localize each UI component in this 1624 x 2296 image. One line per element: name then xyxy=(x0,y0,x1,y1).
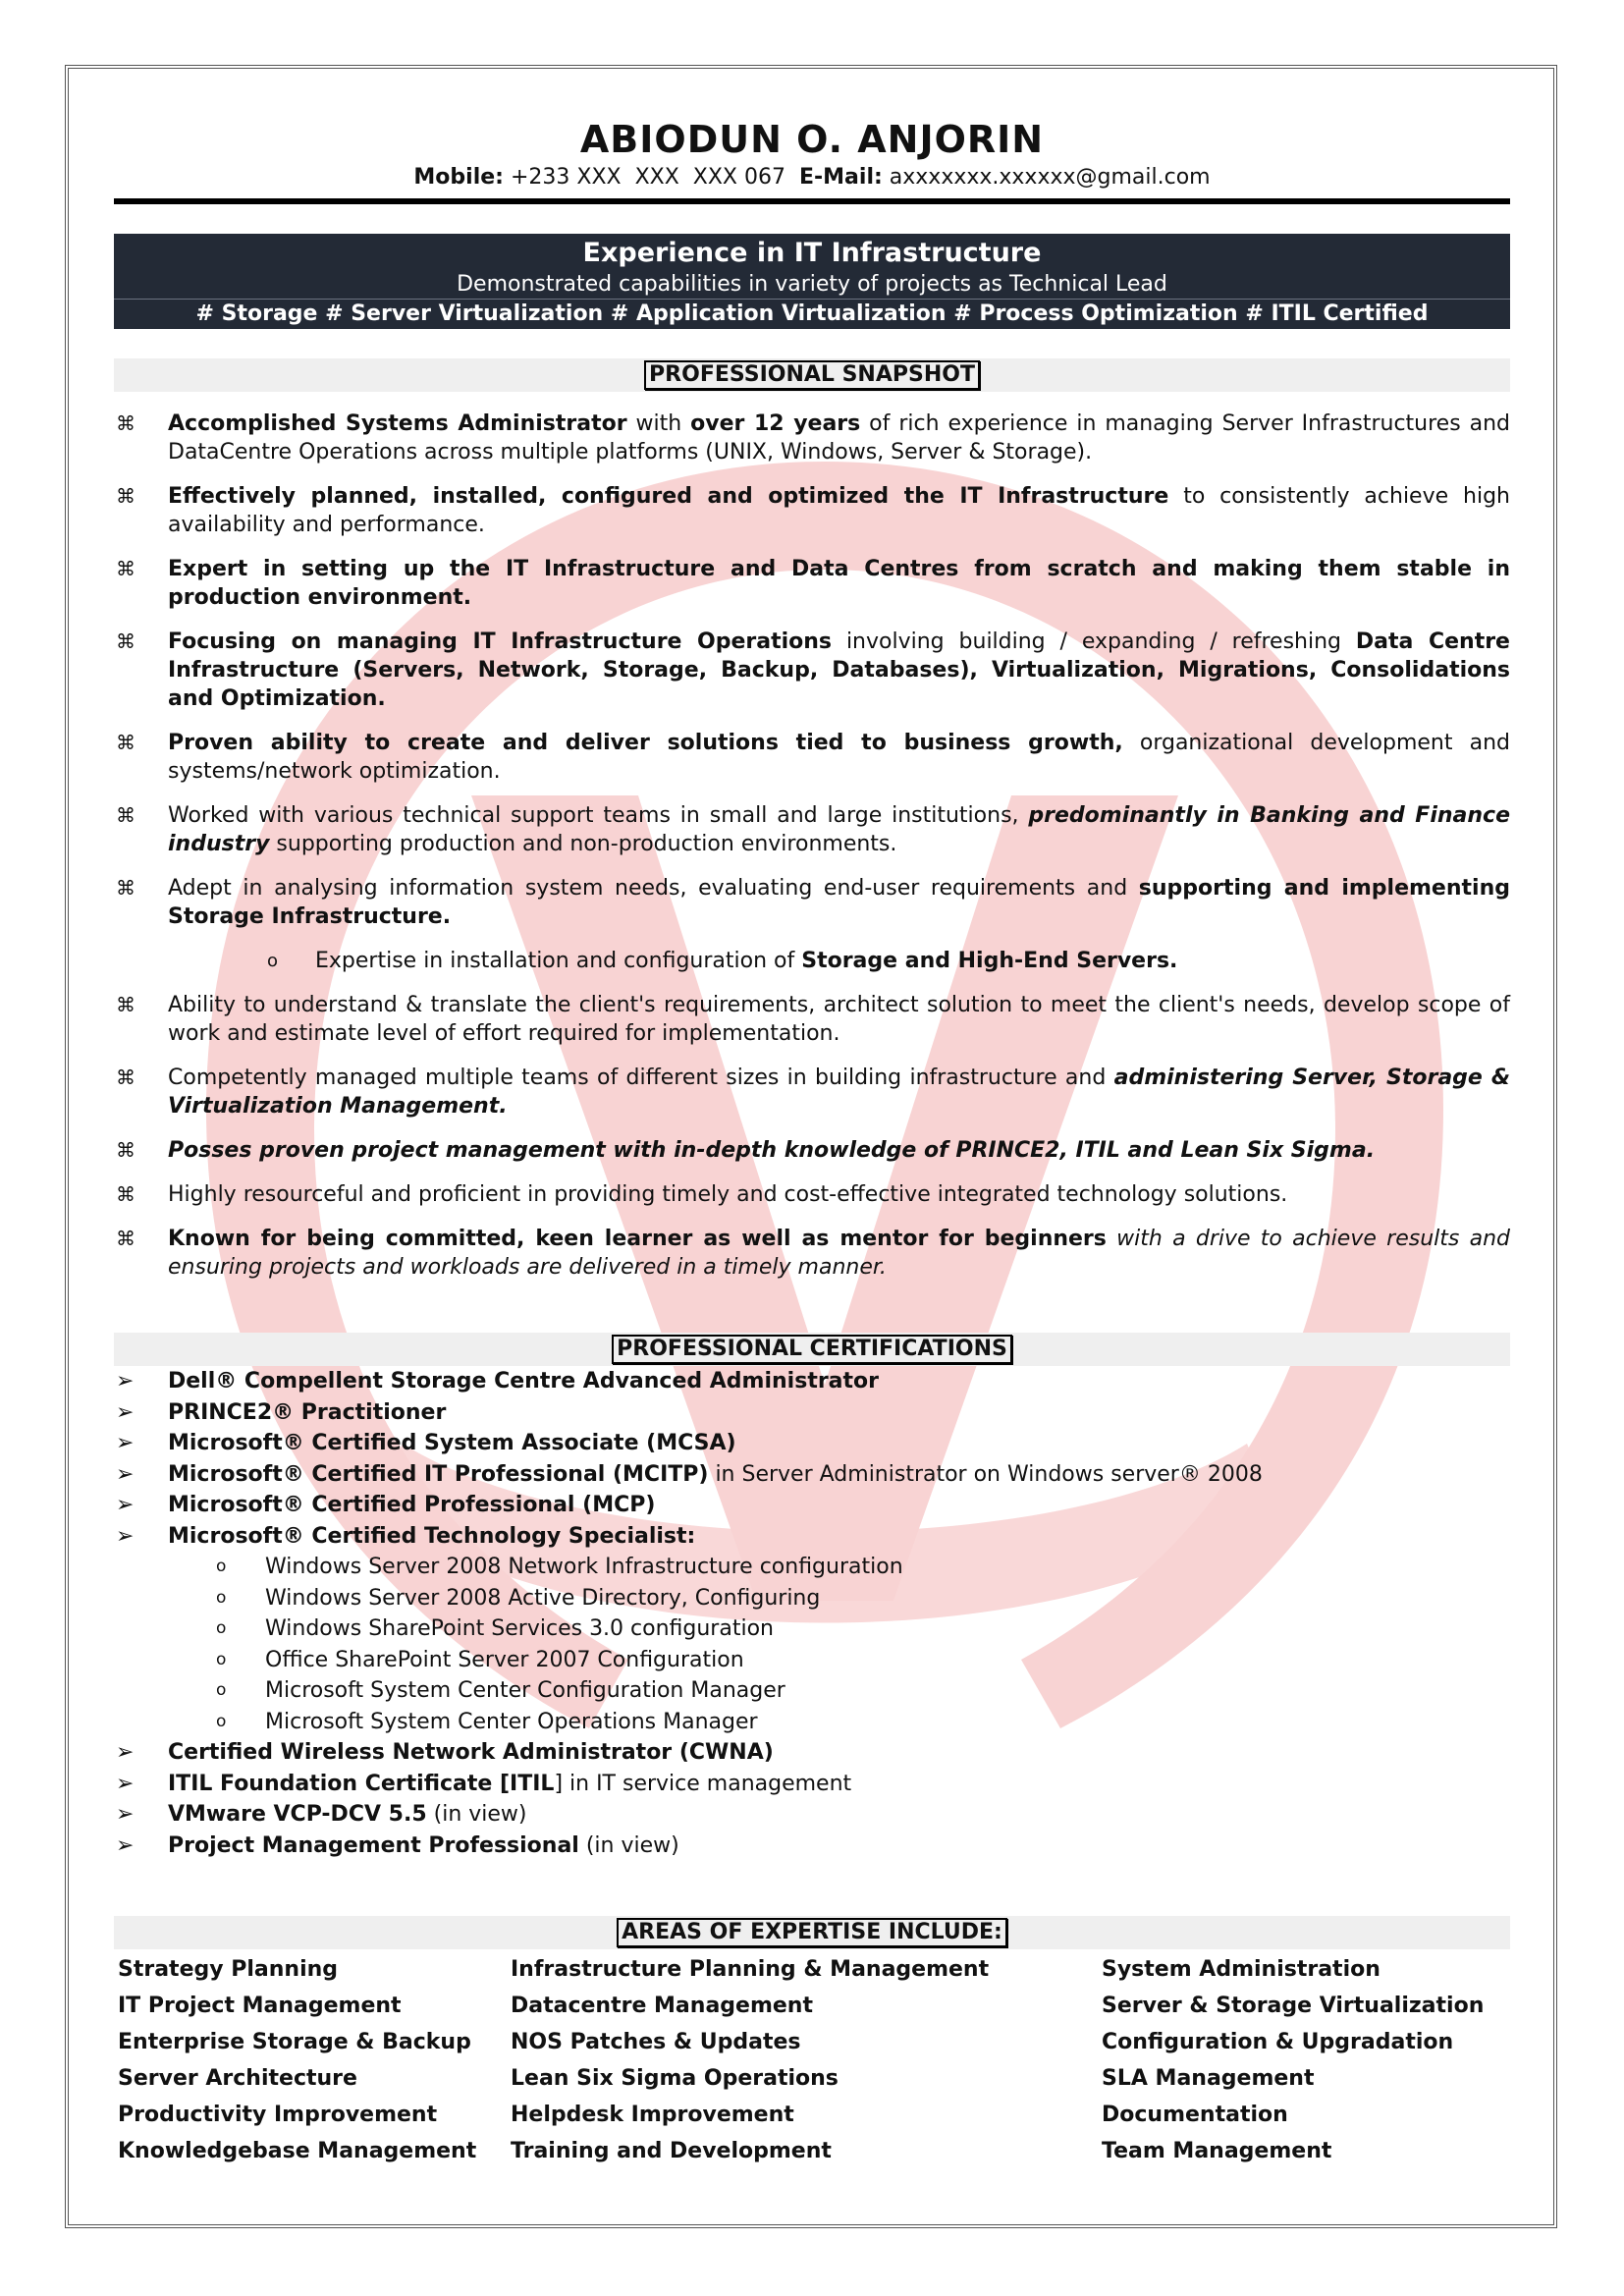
command-bullet-icon: ⌘ xyxy=(116,729,135,757)
circle-bullet-icon: o xyxy=(216,1583,226,1614)
snapshot-item: ⌘Adept in analysing information system n… xyxy=(114,874,1510,931)
expertise-item: System Administration xyxy=(1098,1951,1510,1988)
text-segment: Expert in setting up the IT Infrastructu… xyxy=(168,557,1510,610)
header-divider xyxy=(114,198,1510,204)
text-segment: Posses proven project management with in… xyxy=(168,1138,1375,1163)
command-bullet-icon: ⌘ xyxy=(116,991,135,1019)
text-segment: Focusing on managing IT Infrastructure O… xyxy=(168,629,832,654)
text-segment: ] in IT service management xyxy=(554,1772,851,1796)
expertise-item: Enterprise Storage & Backup xyxy=(114,2024,507,2060)
email-label: E-Mail: xyxy=(799,165,883,190)
text-segment: Windows Server 2008 Network Infrastructu… xyxy=(265,1555,903,1579)
expertise-item: Configuration & Upgradation xyxy=(1098,2024,1510,2060)
cert-item: ➢Microsoft® Certified Technology Special… xyxy=(114,1521,1510,1553)
text-segment: Certified Wireless Network Administrator… xyxy=(168,1740,774,1765)
expertise-heading: AREAS OF EXPERTISE INCLUDE: xyxy=(617,1918,1007,1947)
snapshot-item: ⌘Effectively planned, installed, configu… xyxy=(114,482,1510,539)
text-segment: Microsoft® Certified Technology Speciali… xyxy=(168,1524,695,1549)
cert-item: ➢Microsoft® Certified System Associate (… xyxy=(114,1428,1510,1459)
text-segment: (in view) xyxy=(427,1802,527,1827)
snapshot-item: ⌘Known for being committed, keen learner… xyxy=(114,1225,1510,1282)
cert-item: ➢Project Management Professional (in vie… xyxy=(114,1831,1510,1862)
text-segment: over 12 years xyxy=(690,411,860,436)
circle-bullet-icon: o xyxy=(216,1675,226,1707)
text-segment: Windows Server 2008 Active Directory, Co… xyxy=(265,1586,820,1611)
arrow-bullet-icon: ➢ xyxy=(116,1459,134,1491)
expertise-item: Lean Six Sigma Operations xyxy=(507,2060,1098,2097)
cert-item: ➢Microsoft® Certified Professional (MCP) xyxy=(114,1490,1510,1521)
certifications-list: ➢Dell® Compellent Storage Centre Advance… xyxy=(114,1366,1510,1861)
cert-item: ➢PRINCE2® Practitioner xyxy=(114,1397,1510,1429)
command-bullet-icon: ⌘ xyxy=(116,410,135,438)
text-segment: Office SharePoint Server 2007 Configurat… xyxy=(265,1648,744,1672)
expertise-item: Server Architecture xyxy=(114,2060,507,2097)
command-bullet-icon: ⌘ xyxy=(116,628,135,656)
experience-banner: Experience in IT Infrastructure Demonstr… xyxy=(114,234,1510,329)
text-segment: Microsoft System Center Operations Manag… xyxy=(265,1710,758,1734)
cert-sub-item: oWindows Server 2008 Active Directory, C… xyxy=(114,1583,1510,1614)
section-heading-certifications: PROFESSIONAL CERTIFICATIONS xyxy=(114,1333,1510,1366)
text-segment: with xyxy=(627,411,691,436)
cert-item: ➢VMware VCP-DCV 5.5 (in view) xyxy=(114,1799,1510,1831)
text-segment: Storage and High-End Servers. xyxy=(801,949,1177,973)
snapshot-item: ⌘Highly resourceful and proficient in pr… xyxy=(114,1180,1510,1209)
expertise-item: NOS Patches & Updates xyxy=(507,2024,1098,2060)
expertise-item: Datacentre Management xyxy=(507,1988,1098,2024)
circle-bullet-icon: o xyxy=(216,1645,226,1676)
arrow-bullet-icon: ➢ xyxy=(116,1769,134,1800)
text-segment: Microsoft System Center Configuration Ma… xyxy=(265,1678,785,1703)
banner-title: Experience in IT Infrastructure xyxy=(114,234,1510,271)
resume-content: ABIODUN O. ANJORIN Mobile: +233 XXX XXX … xyxy=(114,114,1510,2169)
arrow-bullet-icon: ➢ xyxy=(116,1428,134,1459)
text-segment: Microsoft® Certified Professional (MCP) xyxy=(168,1493,655,1517)
expertise-item: Infrastructure Planning & Management xyxy=(507,1951,1098,1988)
cert-sub-item: oMicrosoft System Center Configuration M… xyxy=(114,1675,1510,1707)
expertise-item: Team Management xyxy=(1098,2133,1510,2169)
expertise-item: Knowledgebase Management xyxy=(114,2133,507,2169)
text-segment: involving building / expanding / refresh… xyxy=(832,629,1356,654)
command-bullet-icon: ⌘ xyxy=(116,1064,135,1092)
certifications-heading: PROFESSIONAL CERTIFICATIONS xyxy=(612,1335,1012,1364)
cert-sub-item: oMicrosoft System Center Operations Mana… xyxy=(114,1707,1510,1738)
circle-bullet-icon: o xyxy=(216,1552,226,1583)
cert-item: ➢ITIL Foundation Certificate [ITIL] in I… xyxy=(114,1769,1510,1800)
snapshot-item: ⌘Competently managed multiple teams of d… xyxy=(114,1064,1510,1121)
command-bullet-icon: ⌘ xyxy=(116,874,135,902)
cert-sub-item: oOffice SharePoint Server 2007 Configura… xyxy=(114,1645,1510,1676)
arrow-bullet-icon: ➢ xyxy=(116,1799,134,1831)
expertise-item: SLA Management xyxy=(1098,2060,1510,2097)
banner-subtitle: Demonstrated capabilities in variety of … xyxy=(114,271,1510,299)
arrow-bullet-icon: ➢ xyxy=(116,1397,134,1429)
arrow-bullet-icon: ➢ xyxy=(116,1490,134,1521)
text-segment: Dell® Compellent Storage Centre Advanced… xyxy=(168,1369,879,1394)
expertise-item: Server & Storage Virtualization xyxy=(1098,1988,1510,2024)
expertise-item: Training and Development xyxy=(507,2133,1098,2169)
command-bullet-icon: ⌘ xyxy=(116,1136,135,1165)
text-segment: Windows SharePoint Services 3.0 configur… xyxy=(265,1616,774,1641)
cert-item: ➢Dell® Compellent Storage Centre Advance… xyxy=(114,1366,1510,1397)
text-segment: in Server Administrator on Windows serve… xyxy=(708,1462,1262,1487)
command-bullet-icon: ⌘ xyxy=(116,1225,135,1253)
cert-sub-item: oWindows SharePoint Services 3.0 configu… xyxy=(114,1613,1510,1645)
text-segment: PRINCE2® Practitioner xyxy=(168,1400,446,1425)
arrow-bullet-icon: ➢ xyxy=(116,1366,134,1397)
expertise-item: IT Project Management xyxy=(114,1988,507,2024)
text-segment: (in view) xyxy=(579,1833,679,1858)
mobile-label: Mobile: xyxy=(413,165,504,190)
circle-bullet-icon: o xyxy=(267,947,278,975)
snapshot-heading: PROFESSIONAL SNAPSHOT xyxy=(644,360,980,390)
section-heading-expertise: AREAS OF EXPERTISE INCLUDE: xyxy=(114,1916,1510,1949)
text-segment: Worked with various technical support te… xyxy=(168,803,1028,828)
snapshot-item: ⌘Ability to understand & translate the c… xyxy=(114,991,1510,1048)
expertise-grid: Strategy PlanningInfrastructure Planning… xyxy=(114,1951,1510,2169)
cert-item: ➢Microsoft® Certified IT Professional (M… xyxy=(114,1459,1510,1491)
text-segment: Ability to understand & translate the cl… xyxy=(168,993,1510,1046)
cert-item: ➢Certified Wireless Network Administrato… xyxy=(114,1737,1510,1769)
banner-tags: # Storage # Server Virtualization # Appl… xyxy=(114,299,1510,329)
command-bullet-icon: ⌘ xyxy=(116,1180,135,1209)
snapshot-item: ⌘Worked with various technical support t… xyxy=(114,801,1510,858)
text-segment: Competently managed multiple teams of di… xyxy=(168,1066,1114,1090)
contact-line: Mobile: +233 XXX XXX XXX 067 E-Mail: axx… xyxy=(114,163,1510,192)
snapshot-item: ⌘Focusing on managing IT Infrastructure … xyxy=(114,628,1510,713)
expertise-item: Productivity Improvement xyxy=(114,2097,507,2133)
expertise-item: Helpdesk Improvement xyxy=(507,2097,1098,2133)
command-bullet-icon: ⌘ xyxy=(116,555,135,583)
section-heading-snapshot: PROFESSIONAL SNAPSHOT xyxy=(114,358,1510,392)
text-segment: Known for being committed, keen learner … xyxy=(168,1227,1107,1251)
command-bullet-icon: ⌘ xyxy=(116,801,135,830)
arrow-bullet-icon: ➢ xyxy=(116,1521,134,1553)
arrow-bullet-icon: ➢ xyxy=(116,1831,134,1862)
text-segment: Expertise in installation and configurat… xyxy=(315,949,801,973)
arrow-bullet-icon: ➢ xyxy=(116,1737,134,1769)
text-segment: VMware VCP-DCV 5.5 xyxy=(168,1802,427,1827)
email-value[interactable]: axxxxxxx.xxxxxx@gmail.com xyxy=(890,165,1211,190)
cert-sub-item: oWindows Server 2008 Network Infrastruct… xyxy=(114,1552,1510,1583)
command-bullet-icon: ⌘ xyxy=(116,482,135,511)
expertise-item: Strategy Planning xyxy=(114,1951,507,1988)
snapshot-item: ⌘Expert in setting up the IT Infrastruct… xyxy=(114,555,1510,612)
candidate-name: ABIODUN O. ANJORIN xyxy=(114,118,1510,161)
expertise-item: Documentation xyxy=(1098,2097,1510,2133)
text-segment: supporting production and non-production… xyxy=(269,832,896,856)
snapshot-list: ⌘Accomplished Systems Administrator with… xyxy=(114,410,1510,1282)
text-segment: Accomplished Systems Administrator xyxy=(168,411,627,436)
text-segment: Proven ability to create and deliver sol… xyxy=(168,731,1123,755)
text-segment: Microsoft® Certified IT Professional (MC… xyxy=(168,1462,708,1487)
text-segment: Adept in analysing information system ne… xyxy=(168,876,1139,901)
text-segment: Effectively planned, installed, configur… xyxy=(168,484,1168,509)
snapshot-item: ⌘Proven ability to create and deliver so… xyxy=(114,729,1510,786)
text-segment: Microsoft® Certified System Associate (M… xyxy=(168,1431,736,1455)
snapshot-sub-item: oExpertise in installation and configura… xyxy=(114,947,1510,975)
mobile-value: +233 XXX XXX XXX 067 xyxy=(511,165,785,190)
text-segment: Highly resourceful and proficient in pro… xyxy=(168,1182,1287,1207)
snapshot-item: ⌘Posses proven project management with i… xyxy=(114,1136,1510,1165)
circle-bullet-icon: o xyxy=(216,1613,226,1645)
snapshot-item: ⌘Accomplished Systems Administrator with… xyxy=(114,410,1510,466)
text-segment: Project Management Professional xyxy=(168,1833,579,1858)
text-segment: ITIL Foundation Certificate [ITIL xyxy=(168,1772,554,1796)
circle-bullet-icon: o xyxy=(216,1707,226,1738)
